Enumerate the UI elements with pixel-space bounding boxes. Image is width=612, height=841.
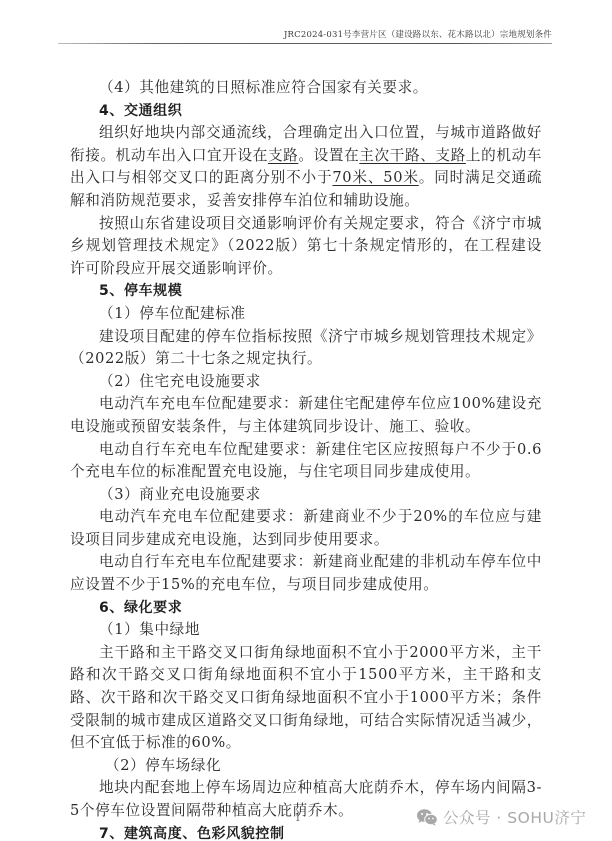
residential-ev-paragraph: 电动汽车充电车位配建要求：新建住宅配建停车位应100%建设充电设施或预留安装条件…: [70, 393, 542, 438]
page-header: JRC2024-031号李营片区（建设路以东、花木路以北）宗地规划条件: [58, 28, 552, 44]
section-heading-parking: 5、停车规模: [70, 280, 542, 303]
subheading-commercial-charging: （3）商业充电设施要求: [70, 484, 542, 507]
residential-ebike-paragraph: 电动自行车充电车位配建要求：新建住宅区应按照每户不少于0.6个充电车位的标准配置…: [70, 439, 542, 484]
central-green-paragraph: 主干路和主干路交叉口街角绿地面积不宜小于2000平方米，主干路和次干路交叉口街角…: [70, 642, 542, 755]
watermark-text: 公众号 · SOHU济宁: [443, 806, 586, 828]
header-divider: [58, 43, 552, 44]
underlined-text: 支路: [268, 147, 298, 164]
document-body: （4）其他建筑的日照标准应符合国家有关要求。 4、交通组织 组织好地块内部交通流…: [70, 77, 542, 841]
subheading-central-green: （1）集中绿地: [70, 619, 542, 642]
traffic-paragraph: 组织好地块内部交通流线，合理确定出入口位置，与城市道路做好衔接。机动车出入口宜开…: [70, 122, 542, 212]
page-number: 1: [295, 814, 301, 824]
parking-standard-paragraph: 建设项目配建的停车位指标按照《济宁市城乡规划管理技术规定》（2022版）第二十七…: [70, 326, 542, 371]
subheading-parking-standard: （1）停车位配建标准: [70, 303, 542, 326]
subheading-parking-greening: （2）停车场绿化: [70, 755, 542, 778]
text-segment: 。设置在: [298, 147, 359, 164]
section-heading-traffic: 4、交通组织: [70, 100, 542, 123]
traffic-impact-paragraph: 按照山东省建设项目交通影响评价有关规定要求，符合《济宁市城乡规划管理技术规定》（…: [70, 213, 542, 281]
watermark: 公众号 · SOHU济宁: [416, 805, 586, 829]
commercial-ebike-paragraph: 电动自行车充电车位配建要求：新建商业配建的非机动车停车位中应设置不少于15%的充…: [70, 551, 542, 596]
section-heading-greening: 6、绿化要求: [70, 597, 542, 620]
underlined-text: 70米、50米: [332, 169, 418, 186]
wechat-icon: [416, 808, 438, 826]
subheading-residential-charging: （2）住宅充电设施要求: [70, 371, 542, 394]
commercial-ev-paragraph: 电动汽车充电车位配建要求：新建商业不少于20%的车位应与建设项目同步建成充电设施…: [70, 506, 542, 551]
underlined-text: 主次干路、支路: [359, 147, 466, 164]
sunlight-requirement: （4）其他建筑的日照标准应符合国家有关要求。: [70, 77, 542, 100]
